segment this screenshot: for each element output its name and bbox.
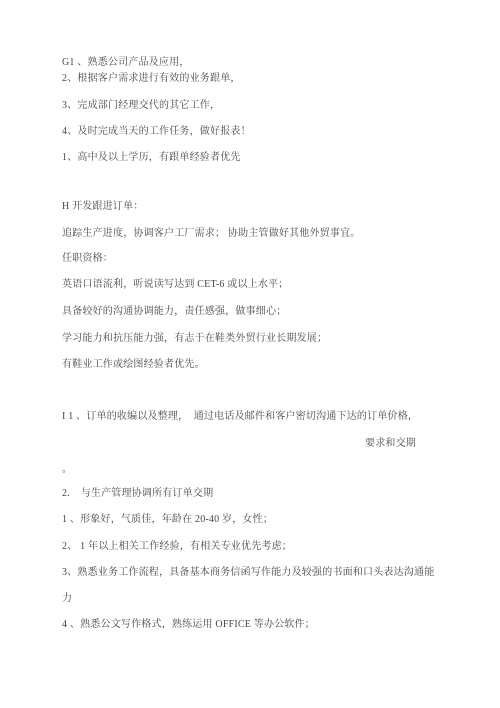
text-line: 1、高中及以上学历，有跟单经验者优先	[62, 151, 241, 164]
text-line: 要求和交期	[365, 437, 416, 450]
text-line: 。	[62, 463, 72, 476]
text-line: 4 、熟悉公文写作格式，熟练运用 OFFICE 等办公软件；	[62, 618, 315, 631]
text-line: 2、根据客户需求进行有效的业务跟单，	[62, 72, 241, 85]
text-line: 任职资格：	[62, 252, 113, 265]
text-line: 2. 与生产管理协调所有订单交期	[62, 487, 213, 500]
text-line: G1 、熟悉公司产品及应用，	[62, 56, 190, 69]
text-line: 学习能力和抗压能力强，有志于在鞋类外贸行业长期发展；	[62, 332, 327, 345]
text-line: 有鞋业工作或绘图经验者优先。	[62, 358, 205, 371]
text-line: 4、及时完成当天的工作任务，做好报表！	[62, 125, 251, 138]
text-line: 3、完成部门经理交代的其它工作，	[62, 99, 220, 112]
text-line: H 开发跟进订单：	[62, 200, 144, 213]
text-line: 英语口语流利，听说读写达到 CET-6 或以上水平；	[62, 278, 289, 291]
text-line: 2、 1 年以上相关工作经验，有相关专业优先考虑；	[62, 540, 292, 553]
text-line: 追踪生产进度，协调客户工厂需求； 协助主管做好其他外贸事宜。	[62, 227, 361, 240]
text-line: 1 、形象好，气质佳，年龄在 20-40 岁，女性；	[62, 513, 273, 526]
text-line: I 1 、订单的收编以及整理， 通过电话及邮件和客户密切沟通下达的订单价格，	[62, 410, 418, 423]
text-line: 3、熟悉业务工作流程，具备基本商务信函写作能力及较强的书面和口头表达沟通能	[62, 566, 434, 579]
text-line: 力	[62, 592, 72, 605]
text-line: 具备较好的沟通协调能力，责任感强，做事细心；	[62, 305, 286, 318]
document-page: G1 、熟悉公司产品及应用， 2、根据客户需求进行有效的业务跟单， 3、完成部门…	[0, 0, 500, 708]
